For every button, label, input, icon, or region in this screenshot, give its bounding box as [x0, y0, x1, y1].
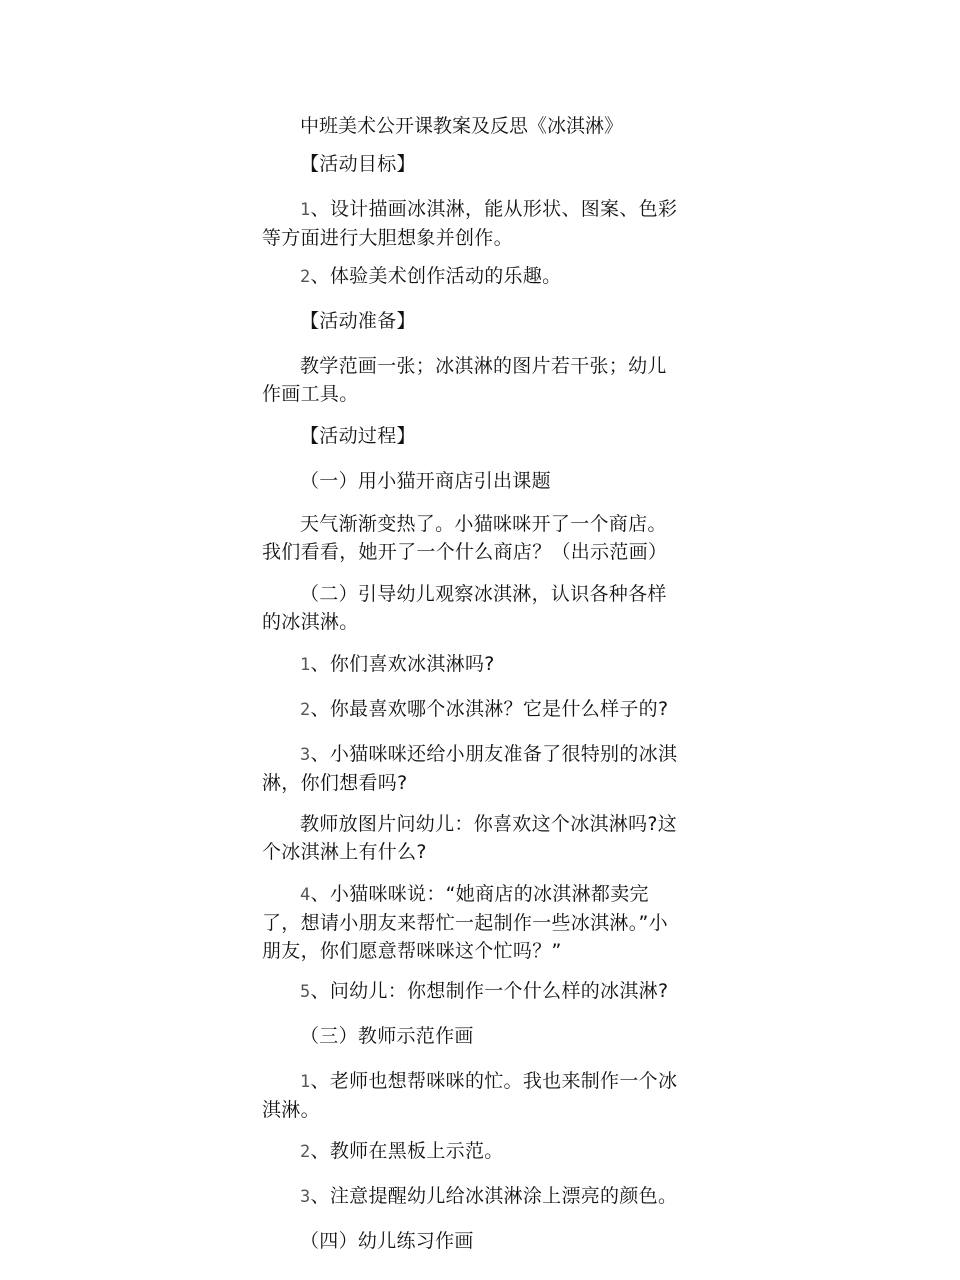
paragraph: 4、小猫咪咪说：“她商店的冰淇淋都卖完了，想请小朋友来帮忙一起制作一些冰淇淋。”… [262, 880, 684, 965]
paragraph-text: （三）教师示范作画 [300, 1025, 474, 1047]
section-heading: 【活动目标】 [262, 150, 684, 178]
document-title: 中班美术公开课教案及反思《冰淇淋》 [262, 112, 760, 140]
paragraph: 教师放图片问幼儿：你喜欢这个冰淇淋吗?这个冰淇淋上有什么? [262, 810, 684, 866]
paragraph-text: 、你们喜欢冰淇淋吗? [311, 653, 495, 675]
item-number: 1 [300, 1072, 311, 1092]
paragraph: 3、注意提醒幼儿给冰淇淋涂上漂亮的颜色。 [262, 1182, 684, 1211]
paragraph-text: （二）引导幼儿观察冰淇淋，认识各种各样的冰淇淋。 [262, 583, 667, 633]
paragraph-text: 、体验美术创作活动的乐趣。 [311, 265, 562, 287]
item-number: 2 [300, 267, 311, 287]
paragraph: 1、你们喜欢冰淇淋吗? [262, 650, 684, 679]
paragraph-text: 、设计描画冰淇淋，能从形状、图案、色彩等方面进行大胆想象并创作。 [262, 198, 677, 249]
paragraph: （四）幼儿练习作画 [262, 1227, 684, 1255]
paragraph-text: 【活动过程】 [300, 425, 416, 447]
paragraph: 2、教师在黑板上示范。 [262, 1137, 684, 1166]
item-number: 2 [300, 700, 311, 720]
paragraph-text: 天气渐渐变热了。小猫咪咪开了一个商店。我们看看，她开了一个什么商店？（出示范画） [262, 513, 667, 563]
item-number: 2 [300, 1142, 311, 1162]
paragraph: 2、体验美术创作活动的乐趣。 [262, 262, 684, 291]
paragraph: 1、设计描画冰淇淋，能从形状、图案、色彩等方面进行大胆想象并创作。 [262, 195, 684, 252]
section-heading: 【活动准备】 [262, 307, 684, 335]
item-number: 3 [300, 1187, 311, 1207]
paragraph: 天气渐渐变热了。小猫咪咪开了一个商店。我们看看，她开了一个什么商店？（出示范画） [262, 510, 684, 566]
paragraph-text: 【活动准备】 [300, 310, 416, 332]
paragraph-text: 、教师在黑板上示范。 [311, 1140, 504, 1162]
item-number: 4 [300, 885, 311, 905]
paragraph: 3、小猫咪咪还给小朋友准备了很特别的冰淇淋，你们想看吗? [262, 740, 684, 797]
paragraph-text: 、小猫咪咪说：“她商店的冰淇淋都卖完了，想请小朋友来帮忙一起制作一些冰淇淋。”小… [262, 883, 668, 962]
paragraph-text: 、小猫咪咪还给小朋友准备了很特别的冰淇淋，你们想看吗? [262, 743, 677, 794]
item-number: 5 [300, 982, 311, 1002]
paragraph-text: 【活动目标】 [300, 153, 416, 175]
paragraph: （三）教师示范作画 [262, 1022, 684, 1050]
item-number: 1 [300, 655, 311, 675]
paragraph-text: 、老师也想帮咪咪的忙。我也来制作一个冰淇淋。 [262, 1070, 677, 1121]
paragraph: 教学范画一张；冰淇淋的图片若干张；幼儿作画工具。 [262, 352, 684, 408]
section-heading: 【活动过程】 [262, 422, 684, 450]
paragraph-text: 、你最喜欢哪个冰淇淋？它是什么样子的? [311, 698, 669, 720]
paragraph: 2、你最喜欢哪个冰淇淋？它是什么样子的? [262, 695, 684, 724]
item-number: 3 [300, 745, 311, 765]
paragraph: （一）用小猫开商店引出课题 [262, 467, 684, 495]
paragraph-text: （四）幼儿练习作画 [300, 1230, 474, 1252]
paragraph-text: 教学范画一张；冰淇淋的图片若干张；幼儿作画工具。 [262, 355, 667, 405]
paragraph-text: 、注意提醒幼儿给冰淇淋涂上漂亮的颜色。 [311, 1185, 678, 1207]
paragraph-text: （一）用小猫开商店引出课题 [300, 470, 551, 492]
paragraph: （二）引导幼儿观察冰淇淋，认识各种各样的冰淇淋。 [262, 580, 684, 636]
paragraph-text: 、问幼儿：你想制作一个什么样的冰淇淋? [311, 980, 669, 1002]
paragraph-text: 教师放图片问幼儿：你喜欢这个冰淇淋吗?这个冰淇淋上有什么? [262, 813, 677, 863]
paragraph: 5、问幼儿：你想制作一个什么样的冰淇淋? [262, 977, 684, 1006]
paragraph: 1、老师也想帮咪咪的忙。我也来制作一个冰淇淋。 [262, 1067, 684, 1124]
item-number: 1 [300, 200, 311, 220]
